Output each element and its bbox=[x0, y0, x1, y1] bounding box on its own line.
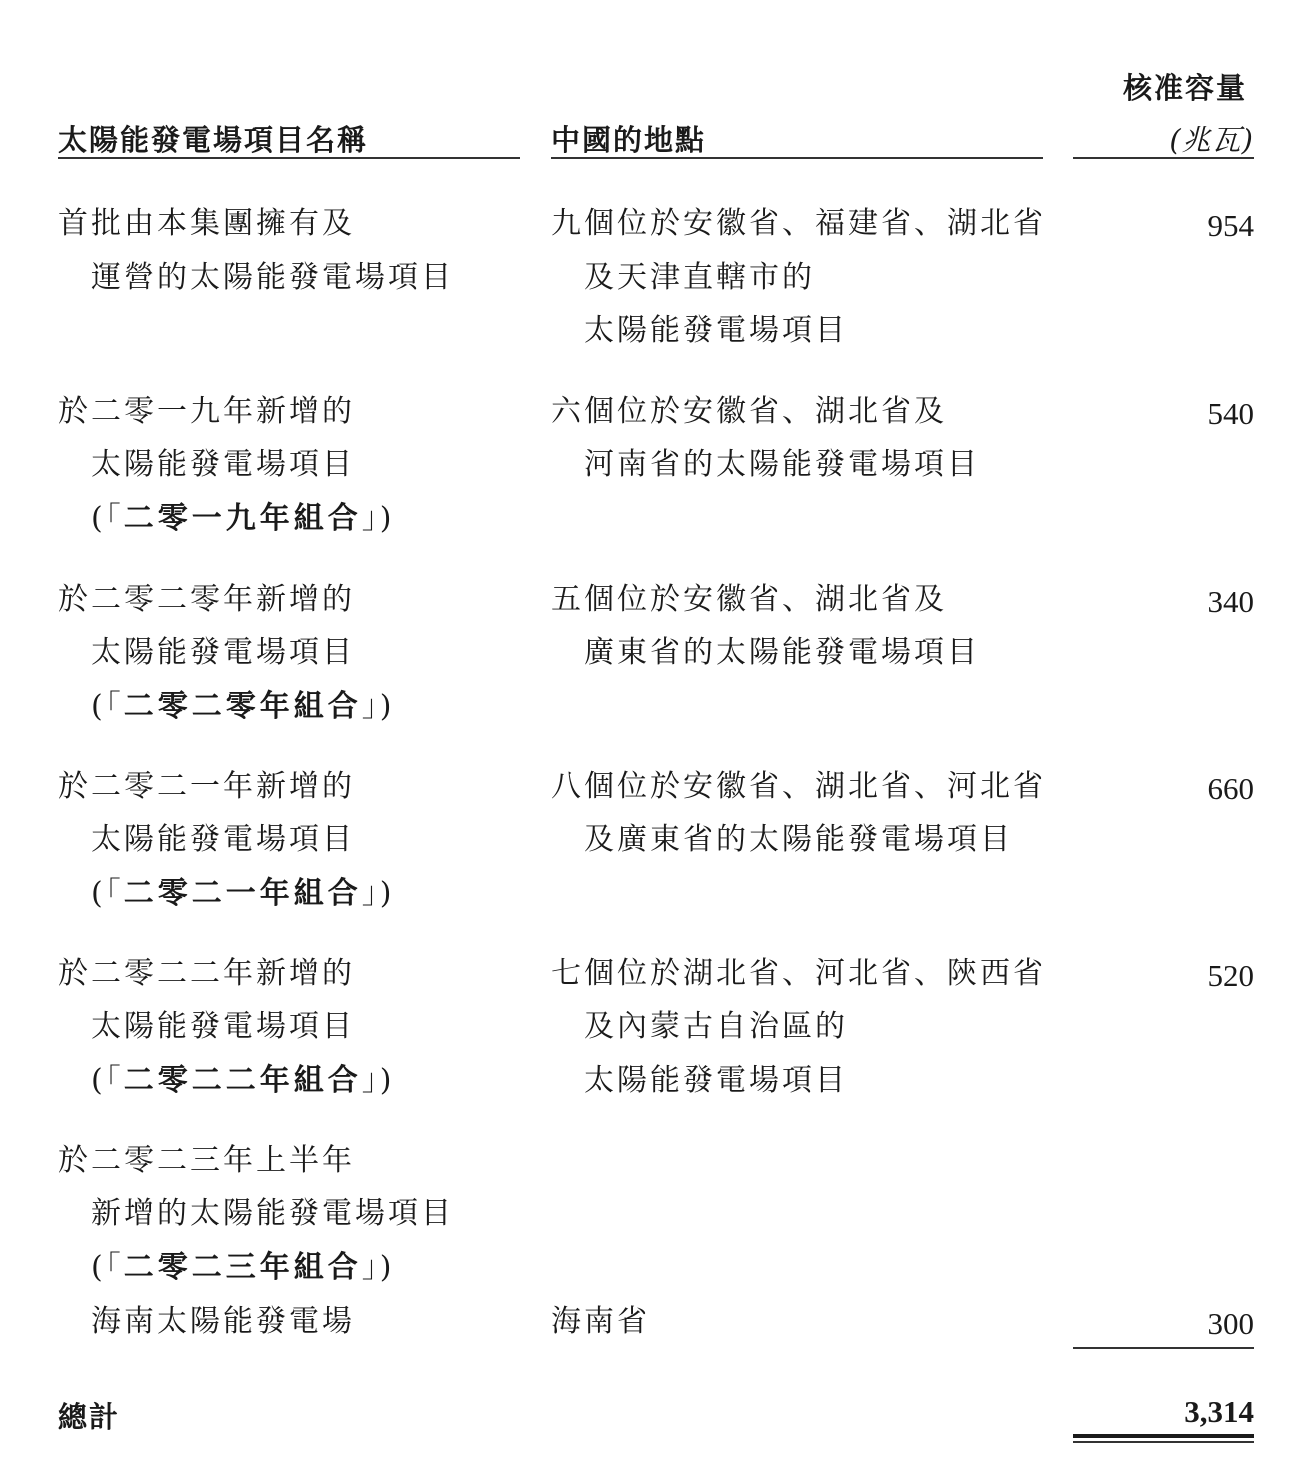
header-rule-capacity bbox=[1073, 157, 1254, 159]
row-name-line: 運營的太陽能發電場項目 bbox=[91, 261, 454, 295]
header-capacity: 核准容量 bbox=[1123, 66, 1247, 107]
sub-item-capacity: 300 bbox=[1074, 1307, 1254, 1341]
row-name-line: 於二零二零年新增的 bbox=[58, 583, 355, 617]
row-capacity: 540 bbox=[1074, 397, 1254, 431]
row-location-line: 五個位於安徽省、湖北省及 bbox=[551, 583, 947, 617]
header-rule-name bbox=[58, 157, 520, 159]
header-project-name: 太陽能發電場項目名稱 bbox=[58, 118, 368, 159]
row-name-line: 太陽能發電場項目 bbox=[91, 636, 355, 670]
row-location-line: 及天津直轄市的 bbox=[584, 261, 815, 295]
row-name-line: 於二零一九年新增的 bbox=[58, 395, 355, 429]
row-capacity: 340 bbox=[1074, 585, 1254, 619]
row-defined-term: (「二零二零年組合」) bbox=[91, 690, 394, 724]
row-location-line: 八個位於安徽省、湖北省、河北省 bbox=[551, 770, 1046, 804]
row-location-line: 太陽能發電場項目 bbox=[584, 1064, 848, 1098]
row-location-line: 及廣東省的太陽能發電場項目 bbox=[584, 823, 1013, 857]
row-defined-term: (「二零二一年組合」) bbox=[91, 877, 394, 911]
sub-item-location: 海南省 bbox=[551, 1305, 650, 1339]
row-name-line: 太陽能發電場項目 bbox=[91, 448, 355, 482]
row-defined-term: (「二零二二年組合」) bbox=[91, 1064, 394, 1098]
subtotal-rule bbox=[1073, 1347, 1254, 1349]
row-name-line: 太陽能發電場項目 bbox=[91, 823, 355, 857]
total-label: 總計 bbox=[58, 1395, 120, 1436]
row-location-line: 六個位於安徽省、湖北省及 bbox=[551, 395, 947, 429]
row-location-line: 太陽能發電場項目 bbox=[584, 314, 848, 348]
header-location: 中國的地點 bbox=[551, 118, 706, 159]
row-name-line: 於二零二一年新增的 bbox=[58, 770, 355, 804]
row-capacity: 660 bbox=[1074, 772, 1254, 806]
row-name-line: 於二零二三年上半年 bbox=[58, 1144, 355, 1178]
row-location-line: 及內蒙古自治區的 bbox=[584, 1010, 848, 1044]
header-capacity-unit: (兆瓦) bbox=[1169, 118, 1254, 159]
total-value: 3,314 bbox=[1074, 1395, 1254, 1429]
row-location-line: 七個位於湖北省、河北省、陝西省 bbox=[551, 957, 1046, 991]
row-name-line: 於二零二二年新增的 bbox=[58, 957, 355, 991]
header-rule-location bbox=[551, 157, 1043, 159]
total-double-rule-bottom bbox=[1073, 1441, 1254, 1443]
row-name-line: 新增的太陽能發電場項目 bbox=[91, 1197, 454, 1231]
capacity-table: 核准容量 太陽能發電場項目名稱 中國的地點 (兆瓦) 首批由本集團擁有及 運營的… bbox=[0, 0, 1294, 1474]
row-defined-term: (「二零二三年組合」) bbox=[91, 1251, 394, 1285]
row-location-line: 九個位於安徽省、福建省、湖北省 bbox=[551, 207, 1046, 241]
row-name-line: 首批由本集團擁有及 bbox=[58, 207, 355, 241]
row-capacity: 520 bbox=[1074, 959, 1254, 993]
row-defined-term: (「二零一九年組合」) bbox=[91, 502, 394, 536]
sub-item-name: 海南太陽能發電場 bbox=[91, 1305, 355, 1339]
row-location-line: 河南省的太陽能發電場項目 bbox=[584, 448, 980, 482]
row-name-line: 太陽能發電場項目 bbox=[91, 1010, 355, 1044]
total-double-rule-top bbox=[1073, 1434, 1254, 1438]
row-capacity: 954 bbox=[1074, 209, 1254, 243]
row-location-line: 廣東省的太陽能發電場項目 bbox=[584, 636, 980, 670]
